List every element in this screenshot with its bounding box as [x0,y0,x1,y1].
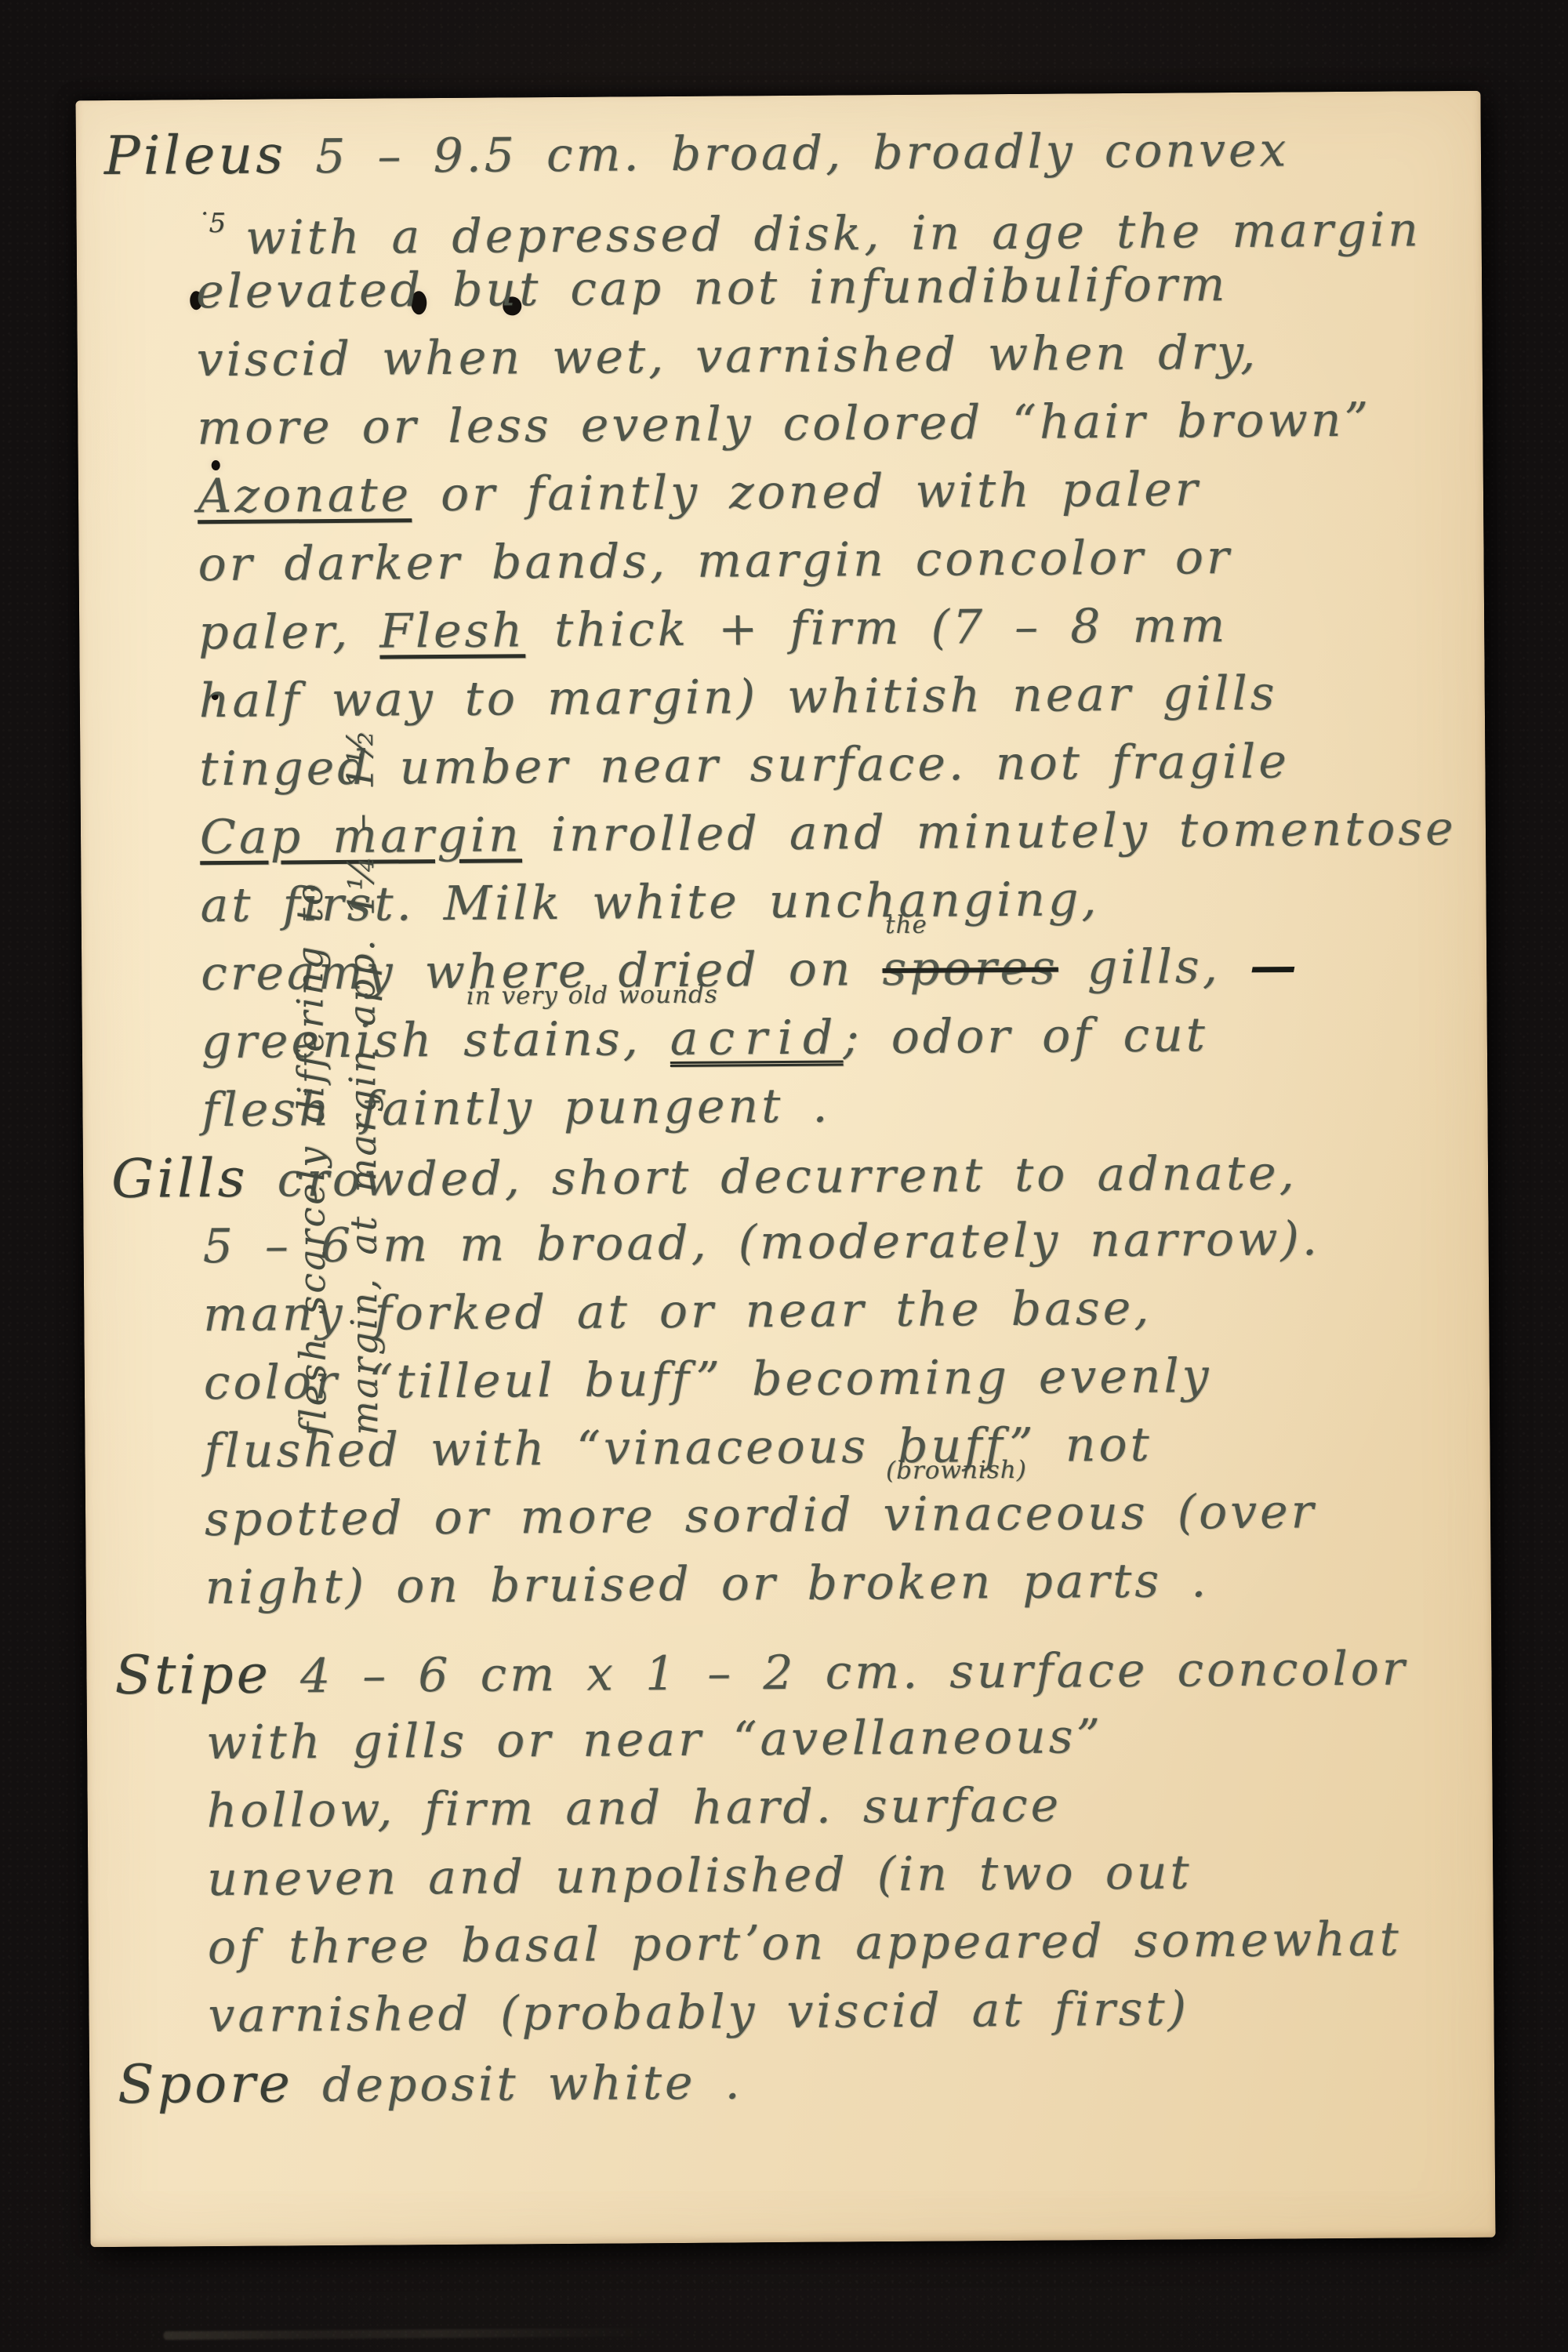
scanned-notecard-photo: { "document": { "kind": "handwritten fie… [0,0,1568,2352]
handwritten-text: thick + firm (7 – 8 mm [525,598,1229,658]
handwritten-line: uneven and unpolished (in two out [116,1837,1478,1915]
handwritten-line: night) on bruised or broken parts . [114,1545,1475,1623]
handwritten-line: Spore deposit white . [118,2042,1479,2119]
handwritten-line: spotted or more sordid vinaceous(brownis… [114,1477,1475,1555]
handwritten-line: of three basal portʼon appeared somewhat [117,1905,1479,1983]
handwritten-text: ˙5 [195,208,245,239]
handwritten-line: elevated but cap not infundibuliform [105,249,1467,327]
inserted-word-above: the [885,913,927,938]
edge-print-smudge [163,2328,665,2339]
handwritten-text: inrolled and minutely tomentose [522,801,1457,862]
handwritten-text: Flesh [379,603,525,659]
handwritten-line: Stipe 4 – 6 cm x 1 – 2 cm. surface conco… [114,1632,1476,1710]
handwritten-text: (over [1148,1484,1316,1540]
handwritten-text: Gills [111,1148,249,1210]
handwritten-line: ˙5 with a depressed disk, in age the mar… [104,181,1466,259]
handwritten-line: varnished (probably viscid at first) [117,1973,1479,2051]
handwritten-text: Stipe [114,1644,271,1707]
handwritten-line: Pileus 5 – 9.5 cm. broad, broadly convex [104,113,1466,191]
handwritten-text: Pileus [104,124,287,187]
margin-note-line: flesh scarcely differing to [280,338,339,1436]
handwritten-text: deposit white . [293,2055,743,2113]
handwritten-text: sporesthe [882,941,1058,997]
handwritten-text: 5 – 9.5 cm. broad, broadly convex [286,122,1290,184]
handwritten-text: — [1250,938,1292,993]
handwritten-line: with gills or near “avellaneous” [115,1700,1477,1778]
handwritten-text: crowded, short decurrent to adnate, [248,1145,1298,1207]
inserted-word-above: (brownish) [886,1458,1027,1483]
margin-note-line: margin, at margin app. 1¼ – 1½ [332,338,391,1436]
handwritten-text: stainsin very old wounds [463,1011,623,1067]
handwritten-text: elevated but cap not infundibuliform [196,257,1229,319]
handwritten-text: , [622,1011,670,1066]
handwritten-text: with gills or near “avellaneous” [206,1709,1104,1770]
handwritten-text: night) on bruised or broken parts . [205,1553,1209,1615]
handwritten-text: varnished (probably viscid at first) [208,1981,1189,2043]
margin-note: flesh scarcely differing to margin, at m… [280,338,391,1436]
handwritten-text: vinaceous(brownish) [883,1486,1149,1542]
handwritten-text: or faintly zoned with paler [412,462,1201,522]
handwritten-text: hollow, firm and hard. surface [206,1778,1062,1839]
note-card: Pileus 5 – 9.5 cm. broad, broadly convex… [75,91,1495,2247]
handwritten-text: uneven and unpolished (in two out [207,1845,1192,1907]
handwritten-text: Spore [118,2053,293,2116]
handwritten-text: gills, [1058,939,1250,996]
handwritten-text: ; odor of cut [843,1007,1208,1065]
handwritten-text: spotted or more sordid [205,1487,884,1547]
handwritten-line: hollow, firm and hard. surface [115,1769,1477,1846]
handwritten-text: of three basal portʼon appeared somewhat [208,1912,1402,1976]
handwritten-text: acrid [670,1010,843,1066]
handwritten-text: 4 – 6 cm x 1 – 2 cm. surface concolor [271,1641,1408,1704]
inserted-word-above: in very old wounds [466,983,718,1009]
